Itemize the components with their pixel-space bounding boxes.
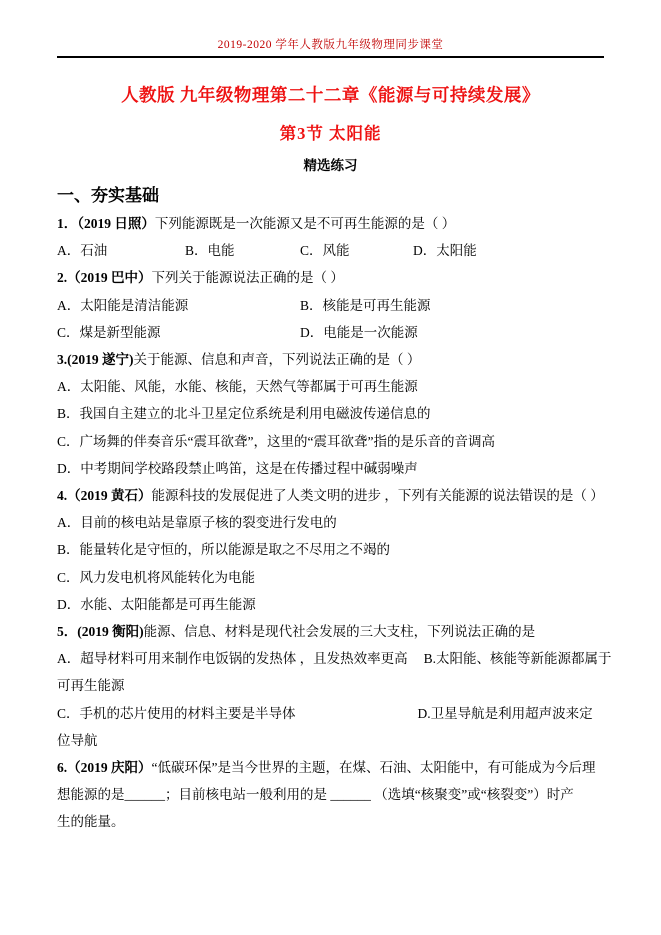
question-2-stem: 2.（2019 巴中）下列关于能源说法正确的是（ ）: [57, 264, 604, 291]
section-title: 第3节 太阳能: [40, 124, 621, 143]
option-3a: A．太阳能、风能，水能、核能，天然气等都属于可再生能源: [57, 373, 604, 400]
document-title: 人教版 九年级物理第二十二章《能源与可持续发展》: [40, 85, 621, 105]
question-6-line-1: 6.（2019 庆阳）“低碳环保”是当今世界的主题，在煤、石油、太阳能中，有可能…: [57, 754, 604, 781]
question-list: 1．（2019 日照）下列能源既是一次能源又是不可再生能源的是（ ） A．石油B…: [57, 210, 604, 836]
option-4c: C．风力发电机将风能转化为电能: [57, 564, 604, 591]
option-2a: A．太阳能是清洁能源: [57, 292, 300, 319]
question-4-prefix: 4.（2019 黄石）: [57, 488, 152, 503]
option-4d: D．水能、太阳能都是可再生能源: [57, 591, 604, 618]
option-1c: C．风能: [300, 237, 413, 264]
question-1-options: A．石油B．电能C．风能D．太阳能: [57, 237, 604, 264]
option-4a: A．目前的核电站是靠原子核的裂变进行发电的: [57, 509, 604, 536]
part-heading: 一、夯实基础: [57, 186, 604, 206]
page-header: 2019-2020 学年人教版九年级物理同步课堂: [57, 38, 604, 52]
question-1-text: 下列能源既是一次能源又是不可再生能源的是（ ）: [155, 216, 455, 231]
option-5c: C．手机的芯片使用的材料主要是半导体: [57, 706, 296, 721]
header-divider: [57, 56, 604, 58]
question-4-text: 能源科技的发展促进了人类文明的进步 ，下列有关能源的说法错误的是（ ）: [152, 488, 604, 503]
option-1d: D．太阳能: [413, 243, 477, 258]
question-6-line-3: 生的能量。: [57, 808, 604, 835]
option-1b: B．电能: [185, 237, 300, 264]
question-6-text-1: “低碳环保”是当今世界的主题，在煤、石油、太阳能中，有可能成为今后理: [152, 760, 596, 775]
option-2d: D．电能是一次能源: [300, 325, 418, 340]
option-5b: B.太阳能、核能等新能源都属于: [424, 651, 612, 666]
question-5-options-row-1: A．超导材料可用来制作电饭锅的发热体 ，且发热效率更高B.太阳能、核能等新能源都…: [57, 645, 604, 672]
option-2c: C．煤是新型能源: [57, 319, 300, 346]
option-5a: A．超导材料可用来制作电饭锅的发热体 ，且发热效率更高: [57, 651, 408, 666]
question-5-prefix: 5．(2019 衡阳): [57, 624, 144, 639]
question-1-stem: 1．（2019 日照）下列能源既是一次能源又是不可再生能源的是（ ）: [57, 210, 604, 237]
question-2-options-row-2: C．煤是新型能源D．电能是一次能源: [57, 319, 604, 346]
question-5-options-row-2: C．手机的芯片使用的材料主要是半导体D.卫星导航是利用超声波来定: [57, 700, 604, 727]
exercise-subtitle: 精选练习: [40, 158, 621, 174]
option-5d: D.卫星导航是利用超声波来定: [418, 706, 593, 721]
question-2-options-row-1: A．太阳能是清洁能源B．核能是可再生能源: [57, 292, 604, 319]
question-2-prefix: 2.（2019 巴中）: [57, 270, 152, 285]
question-6-line-2: 想能源的是______；目前核电站一般利用的是 ______ （选填“核聚变”或…: [57, 781, 604, 808]
option-4b: B．能量转化是守恒的，所以能源是取之不尽用之不竭的: [57, 536, 604, 563]
option-1a: A．石油: [57, 237, 185, 264]
question-5-text: 能源、信息、材料是现代社会发展的三大支柱，下列说法正确的是: [144, 624, 536, 639]
question-1-prefix: 1．（2019 日照）: [57, 216, 155, 231]
option-3d: D．中考期间学校路段禁止鸣笛，这是在传播过程中碱弱噪声: [57, 455, 604, 482]
question-3-stem: 3.(2019 遂宁)关于能源、信息和声音，下列说法正确的是（ ）: [57, 346, 604, 373]
question-5-stem: 5．(2019 衡阳)能源、信息、材料是现代社会发展的三大支柱，下列说法正确的是: [57, 618, 604, 645]
option-3b: B．我国自主建立的北斗卫星定位系统是利用电磁波传递信息的: [57, 400, 604, 427]
worksheet-page: 2019-2020 学年人教版九年级物理同步课堂 人教版 九年级物理第二十二章《…: [0, 0, 661, 935]
option-2b: B．核能是可再生能源: [300, 298, 431, 313]
option-3c: C．广场舞的伴奏音乐“震耳欲聋”，这里的“震耳欲聋”指的是乐音的音调高: [57, 428, 604, 455]
question-6-prefix: 6.（2019 庆阳）: [57, 760, 152, 775]
question-2-text: 下列关于能源说法正确的是（ ）: [152, 270, 344, 285]
question-3-text: 关于能源、信息和声音，下列说法正确的是（ ）: [134, 352, 421, 367]
option-5d-wrap: 位导航: [57, 727, 604, 754]
option-5b-wrap: 可再生能源: [57, 672, 604, 699]
question-3-prefix: 3.(2019 遂宁): [57, 352, 134, 367]
question-4-stem: 4.（2019 黄石）能源科技的发展促进了人类文明的进步 ，下列有关能源的说法错…: [57, 482, 604, 509]
